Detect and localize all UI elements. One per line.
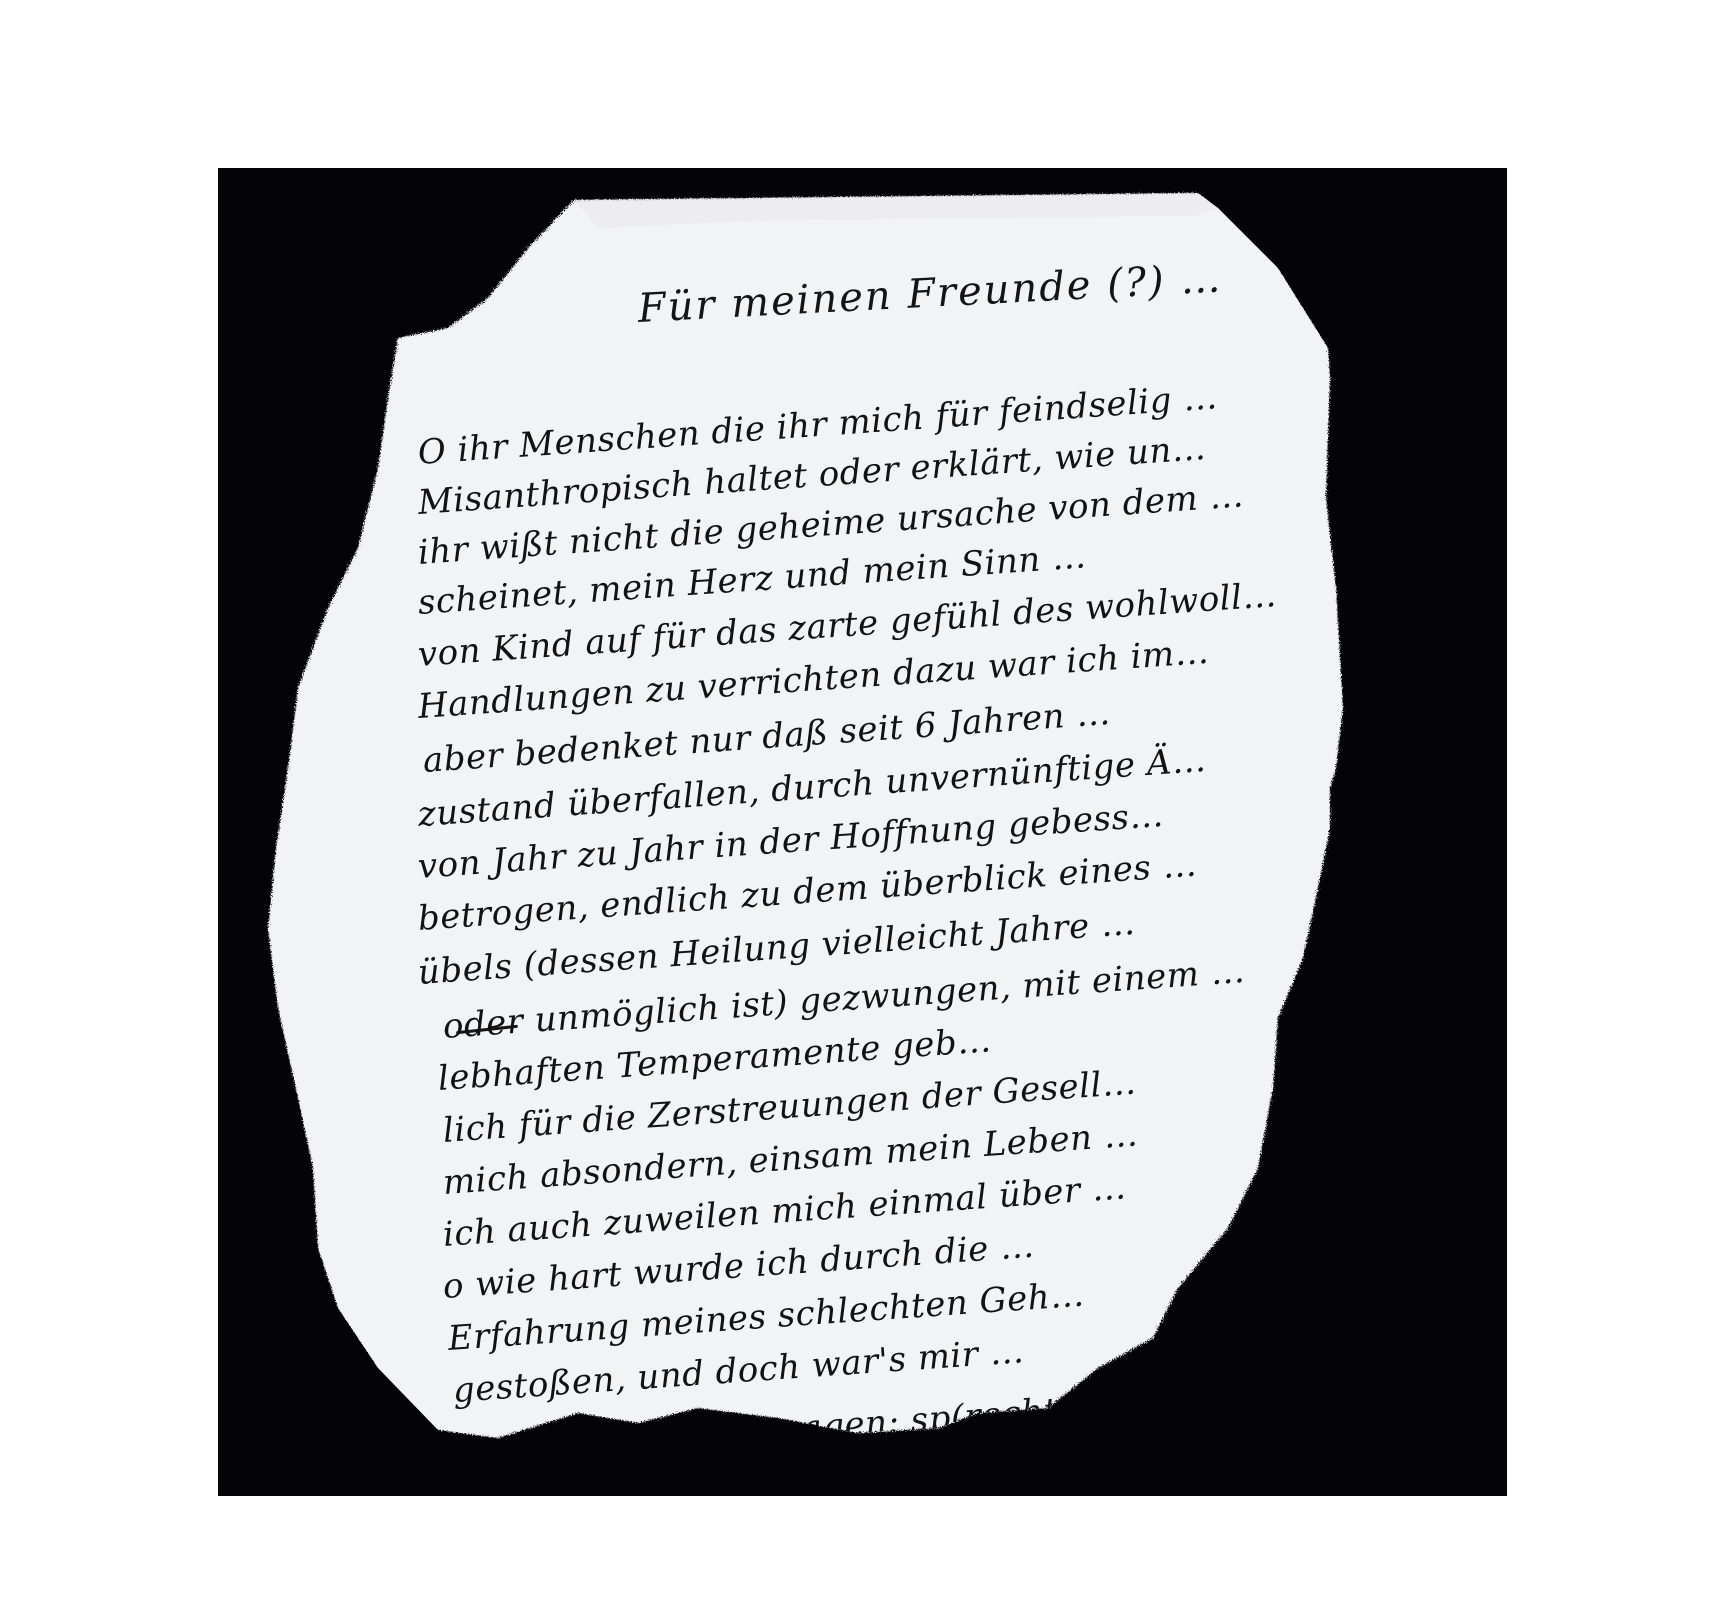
torn-paper-fragment: Für meinen Freunde (?) … O ihr Menschen … [218,168,1507,1496]
letter-heading: Für meinen Freunde (?) … [637,255,1224,332]
black-backdrop: Für meinen Freunde (?) … O ihr Menschen … [218,168,1507,1496]
